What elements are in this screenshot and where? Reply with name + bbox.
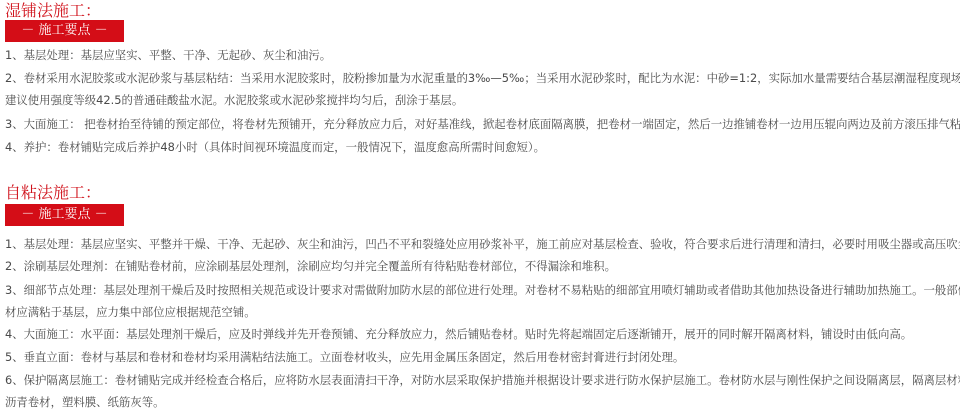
list-item: 2、涂刷基层处理剂：在铺贴卷材前，应涂刷基层处理剂，涂刷应均匀并完全覆盖所有待粘… xyxy=(5,255,955,277)
list-item-continuation: 材应满粘于基层，应力集中部位应根据规范空铺。 xyxy=(5,301,955,323)
list-item: 1、基层处理：基层应坚实、平整并干燥、干净、无起砂、灰尘和油污，凹凸不平和裂缝处… xyxy=(5,233,955,255)
list-item: 4、大面施工：水平面：基层处理剂干燥后，应及时弹线并先开卷预铺、充分释放应力，然… xyxy=(5,323,955,345)
list-item-continuation: 建议使用强度等级42.5的普通硅酸盐水泥。水泥胶浆或水泥砂浆搅拌均匀后，刮涂于基… xyxy=(5,89,955,111)
list-item: 2、卷材采用水泥胶浆或水泥砂浆与基层粘结：当采用水泥胶浆时，胶粉掺加量为水泥重量… xyxy=(5,67,955,89)
section-heading: 自粘法施工： xyxy=(5,183,101,203)
list-item-continuation: 沥青卷材，塑料膜、纸筋灰等。 xyxy=(5,391,955,411)
list-item: 3、大面施工： 把卷材抬至待铺的预定部位，将卷材先预铺开，充分释放应力后，对好基… xyxy=(5,113,955,135)
construction-points-banner: － 施工要点 － xyxy=(5,20,124,42)
list-item: 3、细部节点处理：基层处理剂干燥后及时按照相关规范或设计要求对需做附加防水层的部… xyxy=(5,279,955,301)
list-item: 1、基层处理：基层应坚实、平整、干净、无起砂、灰尘和油污。 xyxy=(5,44,955,66)
section-heading: 湿铺法施工： xyxy=(5,1,101,21)
list-item: 5、垂直立面：卷材与基层和卷材和卷材均采用满粘结法施工。立面卷材收头，应先用金属… xyxy=(5,346,955,368)
list-item: 4、养护：卷材铺贴完成后养护48小时（具体时间视环境温度而定，一般情况下，温度愈… xyxy=(5,136,955,158)
construction-points-banner: － 施工要点 － xyxy=(5,204,124,226)
list-item: 6、保护隔离层施工：卷材铺贴完成并经检查合格后，应将防水层表面清扫干净，对防水层… xyxy=(5,369,955,391)
